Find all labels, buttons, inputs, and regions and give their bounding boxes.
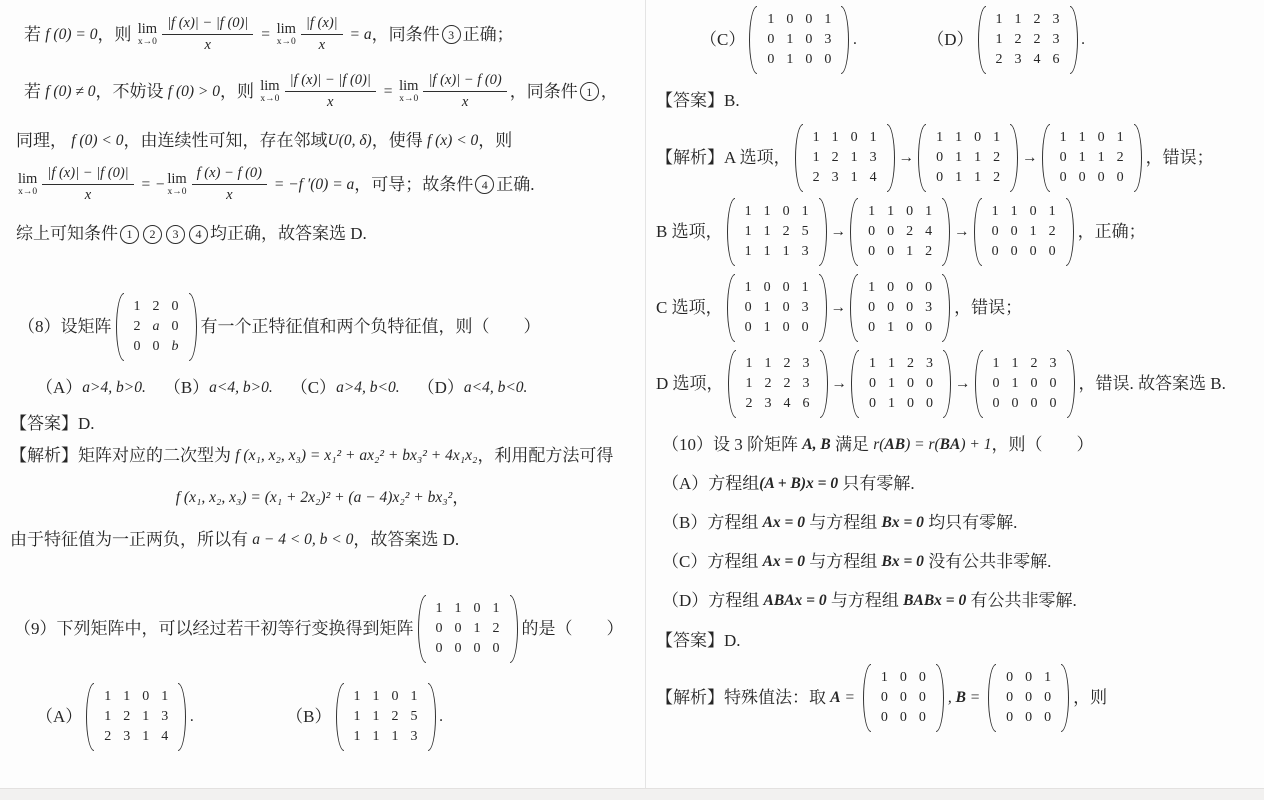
math-run: = <box>379 79 397 105</box>
text-run: ，错误； <box>954 295 1022 321</box>
matrix-cell: 3 <box>919 298 938 318</box>
matrix-cell: 0 <box>986 222 1005 242</box>
matrix-cell: 0 <box>862 242 881 262</box>
text-run: ，可导；故条件 <box>354 172 473 198</box>
math-bold-run: A <box>830 685 840 711</box>
matrix-cell: 0 <box>901 394 920 414</box>
matrix-cell: 1 <box>98 687 117 707</box>
question-8-analysis: 【解析】矩阵对应的二次型为 f (x₁, x₂, x₃) = x₁² + ax₂… <box>8 443 637 469</box>
matrix-cell: 1 <box>430 599 449 619</box>
text-run: 【解析】矩阵对应的二次型为 <box>10 443 235 469</box>
text-run: ，则 <box>1073 685 1107 711</box>
text-run: 均正确，故答案选 D. <box>210 221 367 247</box>
matrix-cell: 0 <box>913 668 932 688</box>
fraction: f (x) − f (0)x <box>192 164 267 205</box>
matrix-cell: 1 <box>739 202 758 222</box>
matrix-cell: b <box>166 337 185 357</box>
matrix-grid: 110101120112 <box>926 124 1010 192</box>
limit-derivative-line: limx→0|f (x)| − |f (0)|x = −limx→0f (x) … <box>8 164 637 205</box>
math-run: = − <box>137 172 166 198</box>
text-run: 正确. <box>496 172 534 198</box>
matrix-cell: 0 <box>777 202 796 222</box>
text-run: ，错误. 故答案选 B. <box>1079 371 1226 397</box>
matrix-cell: 0 <box>920 374 939 394</box>
matrix-cell: 1 <box>136 727 155 747</box>
matrix-cell: 0 <box>894 688 913 708</box>
math-bold-run: A, B <box>802 432 830 458</box>
matrix-cell: 0 <box>796 318 815 338</box>
bottom-strip <box>0 788 1264 800</box>
math-run: → <box>832 371 848 397</box>
circled-number: 4 <box>189 225 208 244</box>
matrix-left-paren <box>749 6 757 74</box>
matrix-cell: 4 <box>778 394 797 414</box>
math-run: → <box>831 219 847 245</box>
matrix-cell: 2 <box>759 374 778 394</box>
fraction: |f (x)|x <box>301 14 343 55</box>
text-run: ，同条件 <box>510 79 578 105</box>
matrix-cell: 2 <box>128 317 147 337</box>
math-bold-run: AB <box>884 432 905 458</box>
matrix-cell: 6 <box>797 394 816 414</box>
matrix-cell: 1 <box>1073 128 1092 148</box>
matrix-cell: 0 <box>1054 148 1073 168</box>
text-run: 若 <box>24 22 45 48</box>
matrix-cell: 3 <box>1009 50 1028 70</box>
fraction-numerator: |f (x)| <box>301 14 343 35</box>
math-run: = <box>966 685 984 711</box>
matrix-cell: 1 <box>1111 128 1130 148</box>
matrix-cell: 0 <box>386 687 405 707</box>
matrix-cell: 0 <box>1006 394 1025 414</box>
math-run: = a <box>346 22 372 48</box>
matrix-left-paren <box>116 293 124 361</box>
matrix-cell: 2 <box>901 354 920 374</box>
matrix-cell: 0 <box>862 318 881 338</box>
text-run: 有一个正特征值和两个负特征值，则（ ） <box>201 314 541 340</box>
matrix-cell: 0 <box>799 30 818 50</box>
question-10-option-b: （B）方程组 Ax = 0 与方程组 Bx = 0 均只有零解. <box>656 510 1254 536</box>
math-run: = <box>841 685 859 711</box>
math-run: f (x₁, x₂, x₃) = x₁² + ax₂² + bx₃² + 4x₁… <box>235 443 477 469</box>
matrix-grid: 112312232346 <box>986 6 1070 74</box>
matrix-cell: 2 <box>740 394 759 414</box>
matrix-cell: 1 <box>949 128 968 148</box>
matrix-cell: 0 <box>136 687 155 707</box>
matrix-cell: 1 <box>1054 128 1073 148</box>
text-run: （A） <box>36 375 82 401</box>
text-run: ，由连续性可知，存在邻域 <box>123 128 327 154</box>
matrix-cell: 2 <box>117 707 136 727</box>
matrix: 110100240012 <box>850 198 950 266</box>
matrix-left-paren <box>1042 124 1050 192</box>
spacer <box>194 717 286 718</box>
matrix-grid: 100000030100 <box>858 274 942 342</box>
matrix-cell: 1 <box>990 30 1009 50</box>
matrix-cell: 2 <box>1111 148 1130 168</box>
text-run: 与方程组 <box>805 549 882 575</box>
matrix-cell: 1 <box>758 202 777 222</box>
matrix-cell: 0 <box>875 688 894 708</box>
matrix-cell: 0 <box>1005 222 1024 242</box>
matrix: 110101120000 <box>1042 124 1142 192</box>
matrix-cell: 0 <box>901 374 920 394</box>
text-run: 的是（ ） <box>522 616 624 642</box>
text-run: （B） <box>286 704 331 730</box>
matrix-cell: 2 <box>900 222 919 242</box>
question-10-stem: （10）设 3 阶矩阵 A, B 满足 r(AB) = r(BA) + 1，则（… <box>656 432 1254 458</box>
matrix-cell: 1 <box>1006 374 1025 394</box>
math-bold-run: ABAx = 0 <box>764 588 827 614</box>
document-page: 若 f (0) = 0，则 limx→0|f (x)| − |f (0)|x =… <box>0 0 1264 800</box>
matrix-cell: 1 <box>740 354 759 374</box>
matrix-cell: 1 <box>136 707 155 727</box>
matrix-right-paren <box>189 293 197 361</box>
matrix-cell: 1 <box>949 168 968 188</box>
matrix-cell: 0 <box>1025 374 1044 394</box>
math-run: . <box>440 704 444 730</box>
matrix-cell: 3 <box>826 168 845 188</box>
text-run: B 选项， <box>656 219 723 245</box>
text-run: D 选项， <box>656 371 724 397</box>
matrix-cell: 3 <box>1047 30 1066 50</box>
matrix-cell: 0 <box>430 639 449 659</box>
matrix-cell: 1 <box>348 687 367 707</box>
matrix-cell: 0 <box>468 599 487 619</box>
matrix-cell: 0 <box>430 619 449 639</box>
math-bold-run: B <box>956 685 966 711</box>
matrix-cell: 1 <box>128 297 147 317</box>
matrix-grid: 110100120000 <box>426 595 510 663</box>
limit-subscript: x→0 <box>399 94 418 105</box>
math-run: r( <box>873 432 884 458</box>
matrix-cell: 1 <box>758 318 777 338</box>
matrix-left-paren <box>86 683 94 751</box>
matrix-grid: 1202a000b <box>124 293 189 361</box>
matrix-grid: 110101120000 <box>1050 124 1134 192</box>
matrix-cell: 1 <box>780 30 799 50</box>
matrix-cell: 1 <box>919 202 938 222</box>
matrix-cell: 1 <box>739 278 758 298</box>
matrix-cell: 0 <box>913 688 932 708</box>
analysis-option-a: 【解析】A 选项，110112132314→110101120112→11010… <box>656 124 1254 192</box>
fraction: |f (x)| − f (0)x <box>423 71 506 112</box>
matrix: 112312232346 <box>978 6 1078 74</box>
matrix-cell: 0 <box>777 318 796 338</box>
matrix-left-paren <box>336 683 344 751</box>
matrix-cell: 0 <box>863 394 882 414</box>
spacer <box>857 40 927 41</box>
text-run: ，则（ ） <box>991 432 1093 458</box>
matrix-grid: 110112132314 <box>94 683 178 751</box>
math-run: f (0) < 0 <box>71 128 123 154</box>
fraction: |f (x)| − |f (0)|x <box>162 14 253 55</box>
text-run: 【答案】D. <box>656 628 741 654</box>
matrix-cell: 0 <box>862 222 881 242</box>
matrix-cell: 0 <box>1092 128 1111 148</box>
matrix-grid: 110112132314 <box>803 124 887 192</box>
question-9-stem: （9）下列矩阵中，可以经过若干初等行变换得到矩阵110100120000的是（ … <box>8 595 637 663</box>
matrix-cell: 1 <box>1092 148 1111 168</box>
math-bold-run: BABx = 0 <box>903 588 966 614</box>
matrix-cell: 5 <box>405 707 424 727</box>
matrix-cell: 0 <box>987 394 1006 414</box>
matrix-cell: 1 <box>1073 148 1092 168</box>
limit-subscript: x→0 <box>18 187 37 198</box>
matrix-cell: 0 <box>777 298 796 318</box>
matrix-cell: 0 <box>818 50 837 70</box>
matrix-left-paren <box>863 664 871 732</box>
text-run: ，同条件 <box>372 22 440 48</box>
matrix-right-paren <box>1066 198 1074 266</box>
matrix-cell: 4 <box>1028 50 1047 70</box>
fraction: |f (x)| − |f (0)|x <box>285 71 376 112</box>
circled-number: 1 <box>580 82 599 101</box>
matrix-right-paren <box>943 350 951 418</box>
matrix-cell: 1 <box>845 148 864 168</box>
matrix-grid: 110100240012 <box>858 198 942 266</box>
matrix-cell: 3 <box>1047 10 1066 30</box>
limit-subscript: x→0 <box>167 187 186 198</box>
matrix-cell: 0 <box>128 337 147 357</box>
matrix-cell: 0 <box>913 708 932 728</box>
matrix: 110111251113 <box>727 198 827 266</box>
matrix-left-paren <box>851 350 859 418</box>
matrix-cell: 0 <box>449 619 468 639</box>
case-f0-nonzero-line: 若 f (0) ≠ 0，不妨设 f (0) > 0，则 limx→0|f (x)… <box>8 71 637 112</box>
matrix-cell: 4 <box>155 727 174 747</box>
matrix-cell: 0 <box>777 278 796 298</box>
matrix-cell: 0 <box>468 639 487 659</box>
text-run: ，正确； <box>1078 219 1146 245</box>
matrix-cell: 1 <box>739 222 758 242</box>
matrix-right-paren <box>819 274 827 342</box>
matrix-cell: 1 <box>449 599 468 619</box>
matrix: 110101120112 <box>918 124 1018 192</box>
matrix-cell: 6 <box>1047 50 1066 70</box>
matrix-cell: 1 <box>348 727 367 747</box>
question-8-stem: （8）设矩阵1202a000b有一个正特征值和两个负特征值，则（ ） <box>8 293 637 361</box>
matrix-cell: 0 <box>1024 202 1043 222</box>
text-run: 只有零解. <box>838 471 915 497</box>
question-8-conclusion: 由于特征值为一正两负，所以有 a − 4 < 0, b < 0，故答案选 D. <box>8 527 637 553</box>
matrix-right-paren <box>428 683 436 751</box>
matrix-cell: 1 <box>875 668 894 688</box>
text-run: （8）设矩阵 <box>18 314 112 340</box>
text-run: C 选项， <box>656 295 723 321</box>
fraction-denominator: x <box>204 35 210 55</box>
matrix-cell: 3 <box>405 727 424 747</box>
matrix-cell: 2 <box>1009 30 1028 50</box>
matrix-cell: 0 <box>1005 242 1024 262</box>
matrix-cell: 1 <box>968 148 987 168</box>
fraction-denominator: x <box>327 92 333 112</box>
matrix-grid: 110100120000 <box>982 198 1066 266</box>
matrix: 001000000 <box>988 664 1069 732</box>
matrix-cell: 0 <box>881 222 900 242</box>
matrix-right-paren <box>178 683 186 751</box>
matrix-cell: 0 <box>894 708 913 728</box>
matrix-cell: 2 <box>487 619 506 639</box>
math-run: → <box>1022 145 1038 171</box>
fraction-denominator: x <box>319 35 325 55</box>
matrix-cell: 1 <box>826 128 845 148</box>
matrix-cell: 1 <box>1006 354 1025 374</box>
matrix-cell: 0 <box>1044 394 1063 414</box>
matrix-cell: 1 <box>882 394 901 414</box>
question-10-option-c: （C）方程组 Ax = 0 与方程组 Bx = 0 没有公共非零解. <box>656 549 1254 575</box>
matrix-grid: 110111251113 <box>735 198 819 266</box>
matrix-right-paren <box>887 124 895 192</box>
matrix-cell: 1 <box>117 687 136 707</box>
text-run: （10）设 3 阶矩阵 <box>662 432 802 458</box>
spacer <box>400 388 418 389</box>
matrix-cell: 0 <box>1025 394 1044 414</box>
matrix-cell: 0 <box>1000 668 1019 688</box>
matrix-cell: 1 <box>348 707 367 727</box>
matrix-cell: 0 <box>758 278 777 298</box>
matrix-cell: 0 <box>799 10 818 30</box>
text-run: （D） <box>927 27 973 53</box>
math-run: ) + 1 <box>960 432 991 458</box>
fraction: |f (x)| − |f (0)|x <box>42 164 133 205</box>
matrix: 110112132314 <box>795 124 895 192</box>
math-bold-run: Ax = 0 <box>763 510 805 536</box>
text-run: 若 <box>24 79 45 105</box>
matrix-cell: 0 <box>919 278 938 298</box>
matrix-left-paren <box>988 664 996 732</box>
text-run: ，则 <box>97 22 135 48</box>
matrix-cell: 1 <box>881 202 900 222</box>
matrix-cell: 2 <box>1025 354 1044 374</box>
matrix: 110100120000 <box>418 595 518 663</box>
question-10-answer: 【答案】D. <box>656 628 1254 654</box>
question-8-completed-square: f (x₁, x₂, x₃) = (x₁ + 2x₂)² + (a − 4)x₂… <box>8 485 637 511</box>
math-bold-run: Ax = 0 <box>763 549 805 575</box>
matrix-cell: 3 <box>155 707 174 727</box>
text-run: ， <box>452 485 469 511</box>
matrix-cell: 4 <box>919 222 938 242</box>
text-run: （A）方程组 <box>662 471 759 497</box>
math-run: U(0, δ) <box>327 128 371 154</box>
matrix-cell: 0 <box>875 708 894 728</box>
fraction-numerator: |f (x)| − |f (0)| <box>285 71 376 92</box>
analysis-option-c: C 选项，100101030100→100000030100，错误； <box>656 274 1254 342</box>
math-run: a>4, b<0. <box>336 375 400 401</box>
spacer <box>273 388 291 389</box>
math-bold-run: Bx = 0 <box>882 549 924 575</box>
text-run: 没有公共非零解. <box>924 549 1052 575</box>
matrix-cell: 0 <box>761 50 780 70</box>
matrix-right-paren <box>942 274 950 342</box>
matrix-cell: 2 <box>778 374 797 394</box>
matrix-cell: 1 <box>367 707 386 727</box>
matrix-cell: 0 <box>449 639 468 659</box>
text-run: ，则 <box>478 128 512 154</box>
matrix-cell: 0 <box>1054 168 1073 188</box>
matrix-grid: 112301000100 <box>859 350 943 418</box>
matrix-left-paren <box>727 198 735 266</box>
limit-operator: limx→0 <box>18 172 37 198</box>
limit-subscript: x→0 <box>260 94 279 105</box>
left-column: 若 f (0) = 0，则 limx→0|f (x)| − |f (0)|x =… <box>0 0 645 751</box>
matrix-cell: 1 <box>807 148 826 168</box>
case-f0-negative-line: 同理， f (0) < 0，由连续性可知，存在邻域U(0, δ)，使得 f (x… <box>8 128 637 154</box>
matrix-right-paren <box>820 350 828 418</box>
limit-operator: limx→0 <box>167 172 186 198</box>
matrix-cell: 1 <box>930 128 949 148</box>
matrix: 100000030100 <box>850 274 950 342</box>
matrix-cell: 0 <box>1111 168 1130 188</box>
matrix-cell: 1 <box>845 168 864 188</box>
case-f0-zero-line: 若 f (0) = 0，则 limx→0|f (x)| − |f (0)|x =… <box>8 14 637 55</box>
text-run: ，使得 <box>372 128 427 154</box>
matrix-cell: 0 <box>862 298 881 318</box>
limit-operator: limx→0 <box>277 22 296 48</box>
text-run: 综上可知条件 <box>16 221 118 247</box>
matrix-cell: 0 <box>845 128 864 148</box>
matrix-cell: 2 <box>1043 222 1062 242</box>
question-10-option-a: （A）方程组(A + B)x = 0 只有零解. <box>656 471 1254 497</box>
text-run: 由于特征值为一正两负，所以有 <box>10 527 252 553</box>
matrix-grid: 100000000 <box>871 664 936 732</box>
matrix-cell: 3 <box>920 354 939 374</box>
matrix-cell: 1 <box>862 202 881 222</box>
text-run: （9）下列矩阵中，可以经过若干初等行变换得到矩阵 <box>14 616 414 642</box>
matrix-cell: 1 <box>487 599 506 619</box>
matrix: 100101030100 <box>749 6 849 74</box>
text-run: 满足 <box>831 432 874 458</box>
matrix-cell: 0 <box>900 202 919 222</box>
matrix-right-paren <box>1070 6 1078 74</box>
text-run: ，不妨设 <box>96 79 168 105</box>
matrix-cell: 0 <box>920 394 939 414</box>
matrix-cell: 1 <box>761 10 780 30</box>
matrix-grid: 100101030100 <box>735 274 819 342</box>
limit-word: lim <box>18 172 37 187</box>
matrix-cell: 1 <box>986 202 1005 222</box>
text-run: （C） <box>700 27 745 53</box>
matrix-cell: 1 <box>759 354 778 374</box>
matrix-cell: 1 <box>1009 10 1028 30</box>
matrix-cell: 0 <box>987 374 1006 394</box>
matrix-cell: 1 <box>807 128 826 148</box>
matrix-cell: 1 <box>758 222 777 242</box>
matrix-cell: 0 <box>930 168 949 188</box>
math-bold-run: (A + B)x = 0 <box>759 471 838 497</box>
question-9-answer: 【答案】B. <box>656 88 1254 114</box>
matrix-cell: 0 <box>894 668 913 688</box>
text-run: （B）方程组 <box>662 510 763 536</box>
matrix-cell: 1 <box>155 687 174 707</box>
math-run: a<4, b>0. <box>209 375 273 401</box>
matrix-left-paren <box>728 350 736 418</box>
matrix-left-paren <box>974 198 982 266</box>
matrix-cell: 1 <box>740 374 759 394</box>
math-run: a<4, b<0. <box>464 375 528 401</box>
math-run: f (0) = 0 <box>45 22 97 48</box>
text-run: （B） <box>164 375 209 401</box>
text-run: ，利用配方法可得 <box>477 443 613 469</box>
matrix-cell: 0 <box>881 242 900 262</box>
matrix-left-paren <box>975 350 983 418</box>
matrix-cell: 0 <box>147 337 166 357</box>
matrix-cell: 0 <box>1000 688 1019 708</box>
matrix-cell: 2 <box>778 354 797 374</box>
fraction-denominator: x <box>462 92 468 112</box>
matrix-cell: 2 <box>1028 30 1047 50</box>
matrix-cell: 1 <box>777 242 796 262</box>
